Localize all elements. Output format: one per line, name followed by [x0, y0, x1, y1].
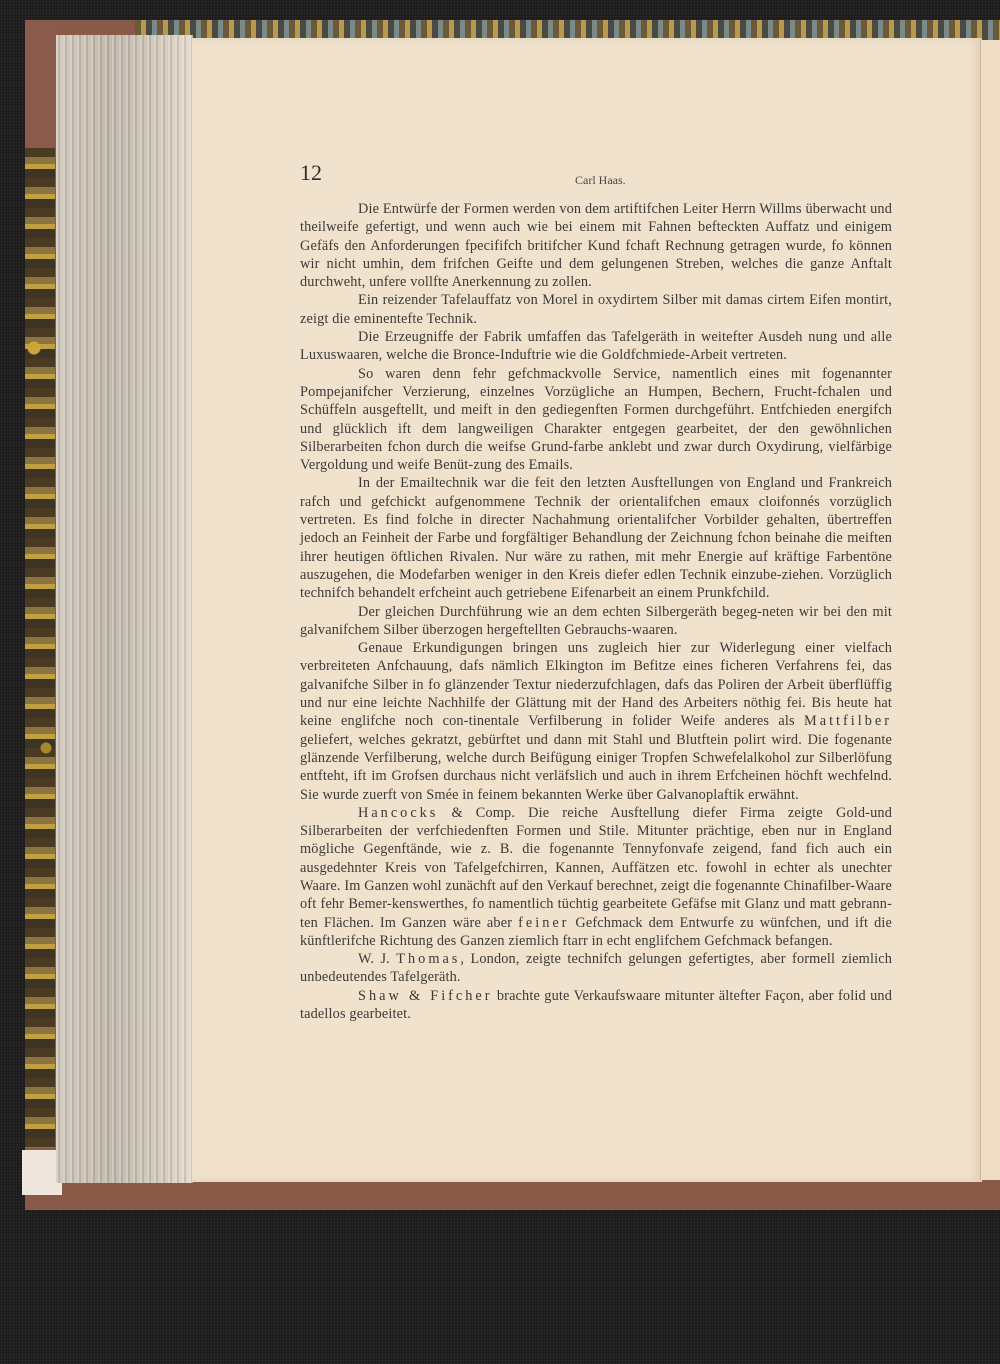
page-block-edge [56, 35, 193, 1183]
cover-marbled-board [25, 148, 55, 1148]
running-head: 12 Carl Haas. [300, 160, 892, 200]
paragraph-text: In der Emailtechnik war die feit den let… [300, 475, 892, 601]
emphasis-spaced: Mattfilber [804, 713, 892, 729]
paragraph: Der gleichen Durchführung wie an dem ech… [300, 603, 892, 640]
firm-name: Shaw & Fifcher [358, 988, 493, 1004]
page-number: 12 [300, 160, 322, 186]
paragraph-text: Der gleichen Durchführung wie an dem ech… [300, 604, 892, 638]
emphasis-spaced: feiner [518, 915, 569, 931]
paragraph-text: W. J. [358, 951, 396, 967]
paragraph: In der Emailtechnik war die feit den let… [300, 474, 892, 602]
paragraph-text: So waren denn fehr gefchmackvolle Servic… [300, 366, 892, 473]
firm-name: Thomas [396, 951, 460, 967]
paragraph-text: Ein reizender Tafelauffatz von Morel in … [300, 292, 892, 326]
paragraph: Genaue Erkundigungen bringen uns zugleic… [300, 639, 892, 804]
paragraph: Hancocks & Comp. Die reiche Ausftellung … [300, 804, 892, 950]
facing-page-edge [980, 40, 1000, 1180]
running-head-author: Carl Haas. [575, 173, 626, 188]
paragraph-text: Die Erzeugniffe der Fabrik umfaffen das … [300, 329, 892, 363]
paragraph: So waren denn fehr gefchmackvolle Servic… [300, 365, 892, 475]
paragraph: Die Entwürfe der Formen werden von dem a… [300, 200, 892, 291]
cover-leather-corner [25, 20, 55, 150]
paragraph: Ein reizender Tafelauffatz von Morel in … [300, 291, 892, 328]
paragraph-text: geliefert, welches gekratzt, gebürftet u… [300, 732, 892, 803]
paragraph: W. J. Thomas, London, zeigte technifch g… [300, 950, 892, 987]
paragraph-text: & Comp. Die reiche Ausftellung diefer Fi… [300, 805, 892, 931]
paragraph-text: Die Entwürfe der Formen werden von dem a… [300, 201, 892, 290]
firm-name: Hancocks [358, 805, 438, 821]
paragraph: Die Erzeugniffe der Fabrik umfaffen das … [300, 328, 892, 365]
paragraph: Shaw & Fifcher brachte gute Verkaufswaar… [300, 987, 892, 1024]
page-text-block: 12 Carl Haas. Die Entwürfe der Formen we… [300, 160, 892, 1023]
